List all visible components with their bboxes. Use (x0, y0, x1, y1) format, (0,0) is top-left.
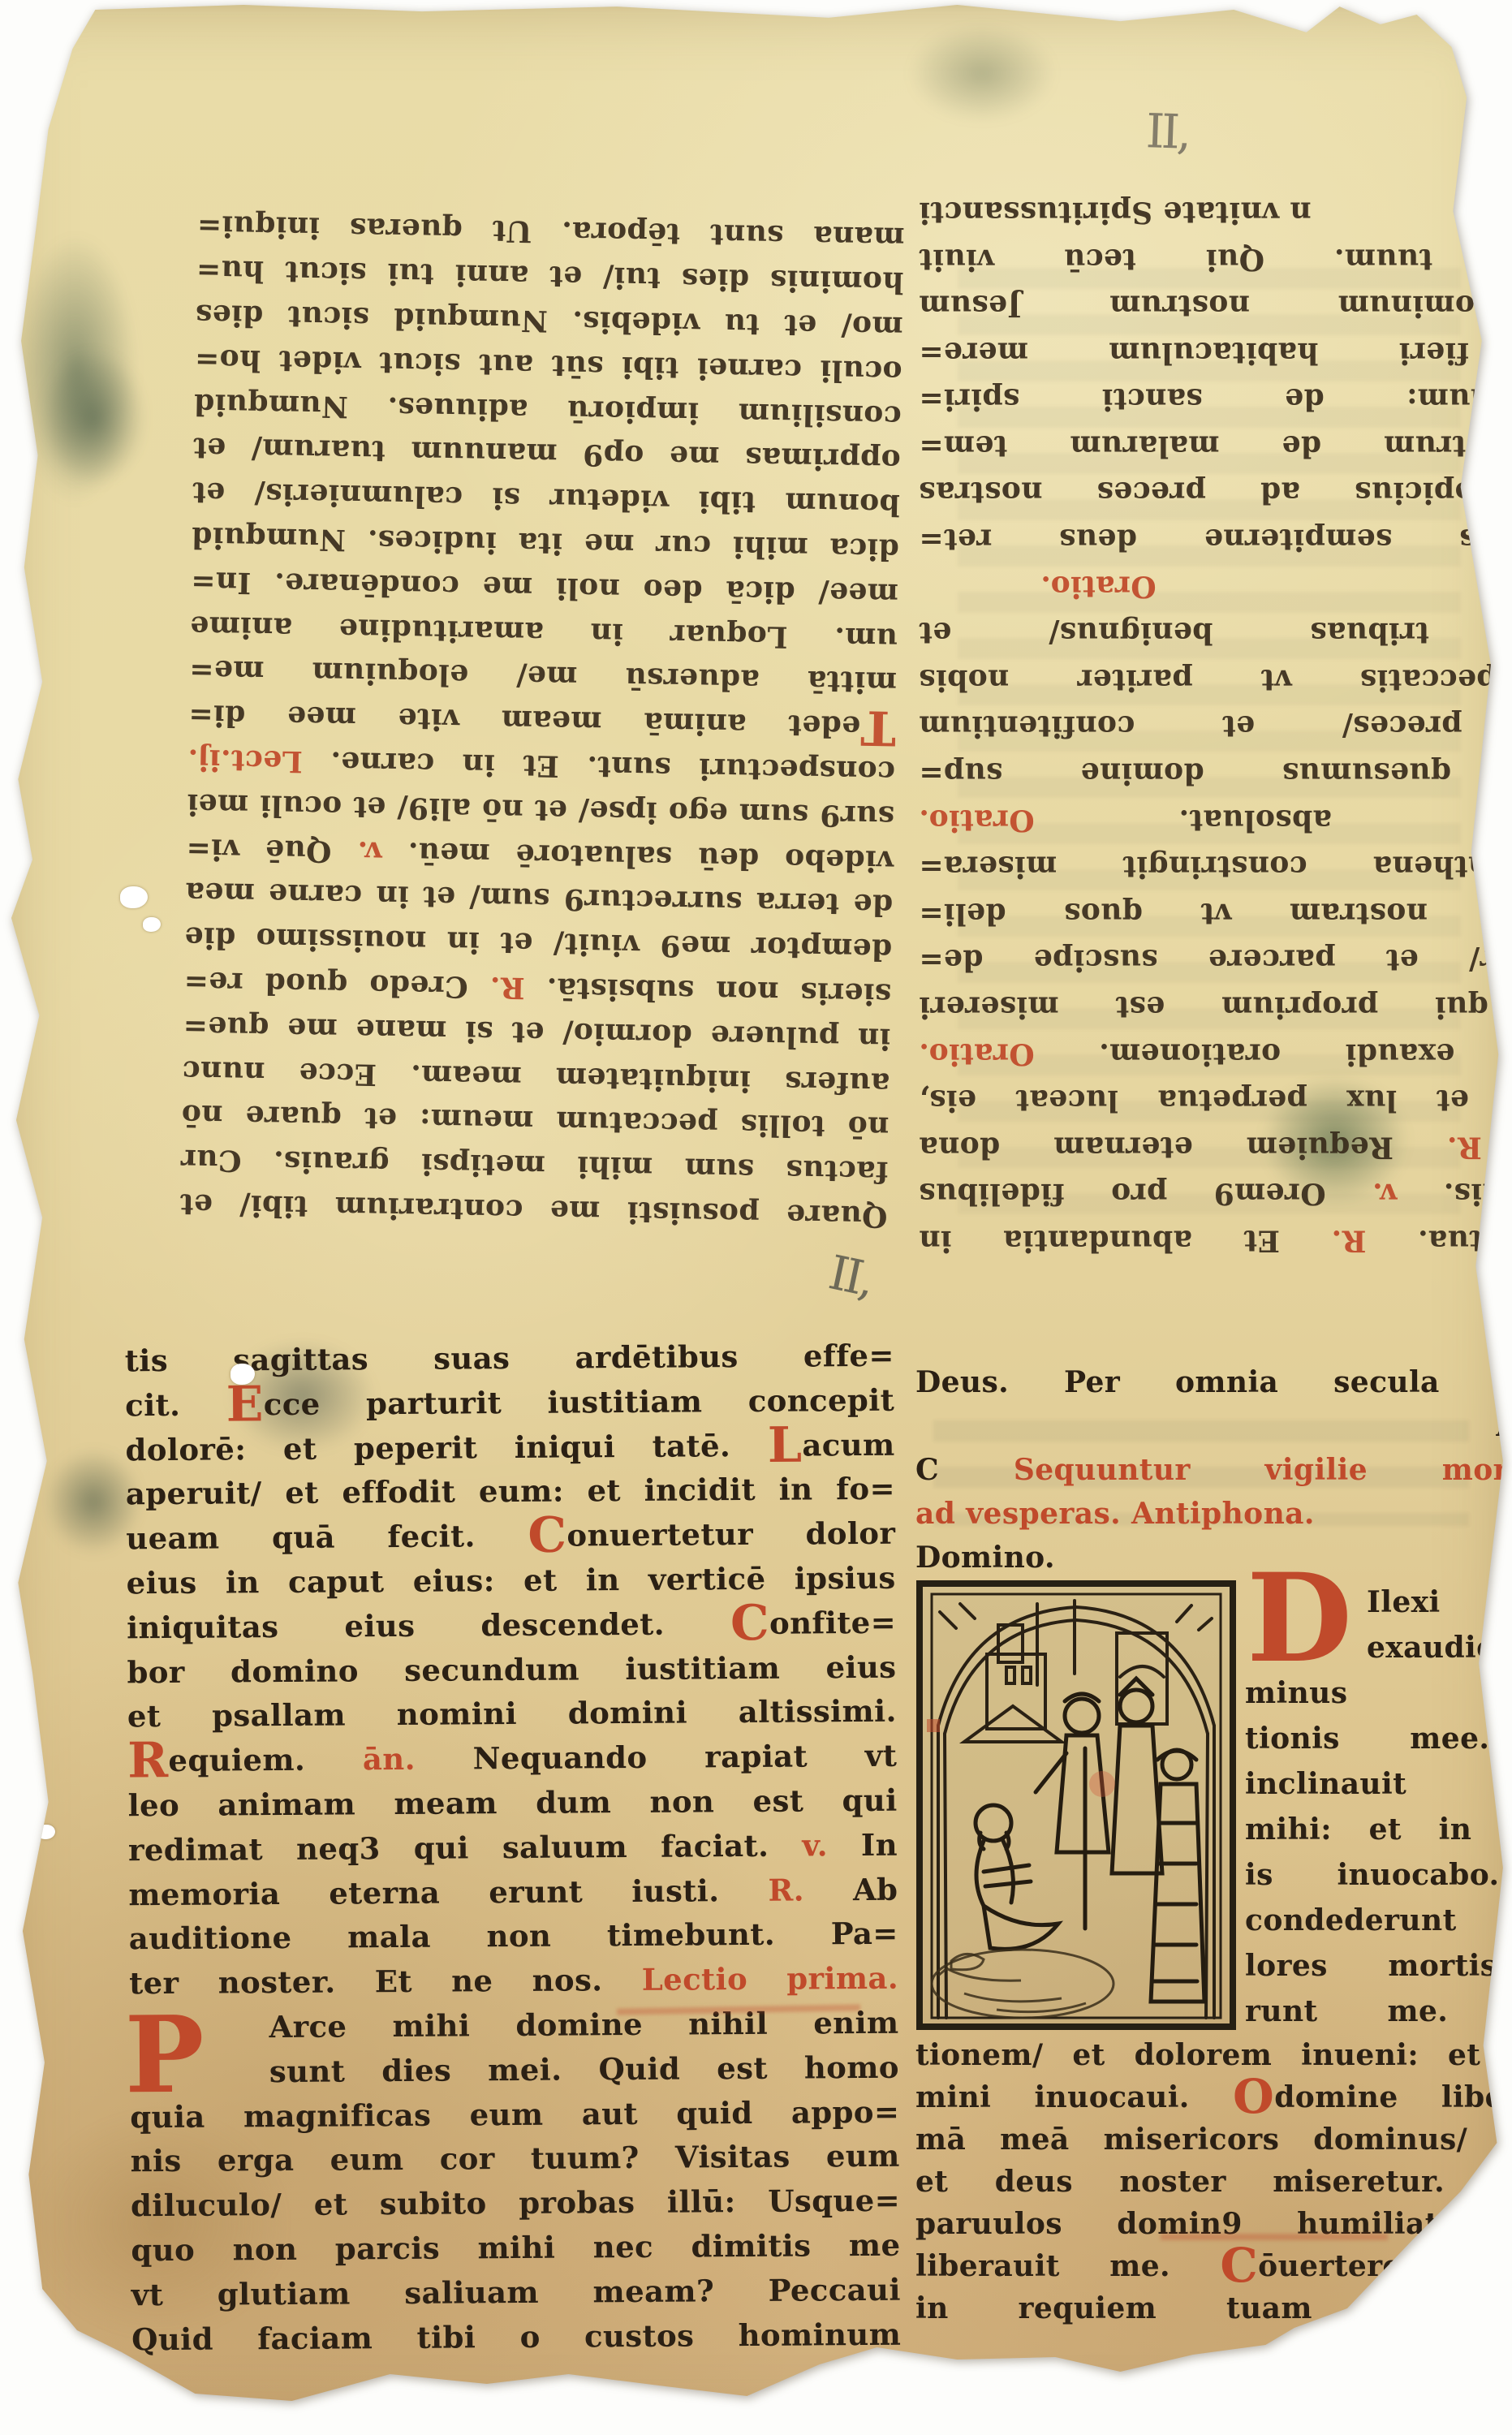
text-segment: bor domino secundum iustitiam eius (127, 1648, 896, 1690)
text-segment: pietatis absoluat. (1035, 803, 1512, 837)
text-segment: tiam tribuas benignus/ et (919, 616, 1512, 650)
pencil-folio-number-middle: II, (825, 1244, 877, 1307)
text-segment: equiem. (168, 1741, 363, 1778)
text-segment: filium tuum. Qui tecū viuit (919, 242, 1512, 276)
text-line: m cathena constringit misera= (919, 843, 1512, 890)
rubric-text-segment: ān. (363, 1741, 416, 1777)
text-line: dolorē: et peperit iniqui tatē. Lacum (125, 1422, 894, 1472)
text-segment: leo animam meam dum non est qui (127, 1782, 897, 1824)
text-line: et deus noster miseretur. Custo (915, 2161, 1512, 2203)
text-segment: um preces/ et confitentium (919, 709, 1512, 743)
text-segment: audi quesumus domine sup= (919, 756, 1512, 791)
recto-right-column: Deus. Per omnia secula seculoAmen.C Sequ… (915, 1360, 1512, 2329)
drop-cap-P: P (124, 2002, 205, 2109)
text-line: mine exaudi orationem. Oratio. (919, 1030, 1512, 1077)
rubric-text-segment: L (768, 1416, 803, 1473)
text-line: in requiem tuam quia Dom (915, 2287, 1512, 2329)
text-line: mā meā misericors dominus/ et iu (915, 2118, 1512, 2161)
text-line: redimat neq3 qui saluum faciat. v. In (128, 1822, 898, 1872)
text-segment: dolorē: et peperit iniqui tatē. (125, 1427, 768, 1467)
text-line: auditione mala non timebunt. Pa= (129, 1911, 898, 1961)
text-segment: mana sunt tēpora. Ut queras iniqui= (196, 209, 905, 255)
text-line: gitationum: de sancti spiri= (919, 375, 1512, 422)
text-segment: videbo deū saluatorē meū. (381, 835, 894, 878)
text-line: ce propicius ad preces nostras (919, 469, 1512, 516)
text-line: ter noster. Et ne nos. Lectio prima. (129, 1956, 898, 2006)
text-segment: ter noster. Et ne nos. (129, 1962, 642, 2001)
text-segment: mā meā misericors dominus/ et iu (915, 2123, 1512, 2157)
recto-right-top-lines: Deus. Per omnia secula seculoAmen.C Sequ… (915, 1360, 1512, 1580)
text-segment: Et abundantia in (919, 1224, 1331, 1258)
woodcut-text-flow: D Ilexi quexaudietminus vocemtionis mee.… (915, 1580, 1512, 2329)
drop-cap-D: D (1247, 1581, 1362, 1667)
text-segment: in puluere dormio/ et si mane me que= (183, 1009, 891, 1055)
text-line: mini inuocaui. Odomine libera a (915, 2076, 1512, 2118)
text-segment: sur9 sum ego ipse/ et nō ali9/ et oculi … (187, 787, 895, 834)
text-line: ueam quā fecit. Conuertetur dolor (126, 1511, 895, 1561)
green-stain (909, 24, 1055, 122)
text-segment: Ab (804, 1871, 898, 1907)
text-segment: dica mihi cur me ita iudices. Numquid (192, 520, 900, 567)
text-segment: acum (802, 1426, 894, 1463)
rubric-text-segment: C (730, 1595, 770, 1652)
text-line: tiam tribuas benignus/ et (919, 609, 1512, 656)
text-line: aperuit/ et effodit eum: et incidit in f… (126, 1467, 895, 1516)
text-segment: consilium impiorū adiuues. Numquid (193, 386, 902, 433)
text-line: tionem nostram vt quos deli= (919, 890, 1512, 937)
text-segment: Ilexi qu (1367, 1585, 1512, 1619)
text-line: et psallam nomini domini altissimi. (127, 1689, 897, 1739)
text-segment: mine exaudi orationem. (1035, 1036, 1512, 1071)
text-segment: mittā aduersū me/ eloquium me= (189, 653, 898, 700)
rubric-text-segment: Oratio. (1040, 569, 1157, 603)
text-segment: mine/ et lux perpetua luceat eis, (919, 1084, 1512, 1118)
text-segment: tionem nostram vt quos deli= (919, 897, 1512, 931)
text-line: filium tuum. Qui tecū viuit (919, 235, 1512, 282)
text-segment: in requiem tuam quia Dom (915, 2291, 1512, 2325)
text-segment: sieris non subsistā. (524, 971, 891, 1011)
text-segment: um fieri habitaculum mere= (919, 335, 1512, 369)
text-segment: cus. (1482, 1130, 1512, 1164)
text-line: eus qui proprium est misereri (919, 983, 1512, 1030)
text-segment: cit. (125, 1386, 226, 1423)
text-segment: mee/ dicā deo noli me condēnare. In= (191, 565, 899, 611)
text-line: C Sequuntur vigilie mortuoru (915, 1448, 1512, 1492)
text-segment: mini inuocaui. (915, 2080, 1233, 2114)
rubric-text-segment: v. (357, 834, 382, 869)
text-segment: sunt dies mei. Quid est homo (269, 2049, 899, 2088)
text-segment: demptor me9 viuit/ et in nouissimo die (184, 920, 893, 967)
text-line: audi quesumus domine sup= (919, 749, 1512, 796)
recto-left-column: P tis sagittas suas ardētibus effe=cit. … (125, 1334, 902, 2362)
worm-hole (37, 1825, 55, 1839)
text-segment: inclinauit auren (1245, 1767, 1512, 1801)
rubric-text-segment: C (1492, 2153, 1512, 2209)
worm-hole (120, 886, 148, 908)
rubric-text-segment: R (127, 1732, 169, 1789)
text-segment: tionis mee. (1245, 1722, 1512, 1756)
text-segment: Credo quod re= (183, 965, 490, 1005)
rubric-text-segment: R. (1447, 1130, 1482, 1164)
text-line: iniquitas eius descendet. Confite= (127, 1600, 896, 1649)
text-line: memoria eterna erunt iusti. R. Ab (128, 1867, 898, 1916)
inverted-verso-left-column: Quare posuisti me contrarium tibi/ etfac… (179, 203, 905, 1238)
text-segment: minus vocem (1245, 1676, 1512, 1710)
text-segment: vt glutiam saliuam meam? Peccaui (131, 2271, 901, 2312)
text-line: Quid faciam tibi o custos hominum (131, 2312, 901, 2361)
text-segment: edet animā meam vite mee di= (188, 698, 861, 743)
text-segment: C (915, 1453, 1014, 1487)
text-line: quo non parcis mihi nec dimitis me (131, 2223, 900, 2273)
text-segment: semper/ et parcere suscipe de= (919, 943, 1512, 977)
text-line: sunt dies mei. Quid est homo (130, 2045, 899, 2094)
text-line: semper/ et parcere suscipe de= (919, 937, 1512, 984)
text-segment: oculi carnei tibi sūt aut sicut videt ho… (194, 343, 902, 389)
text-segment: Quē vi= (186, 831, 358, 868)
psalm-lines-below-woodcut: tionem/ et dolorem inueni: et nomēmini i… (915, 2034, 1512, 2329)
manuscript-leaf: Quare posuisti me contrarium tibi/ etfac… (0, 0, 1512, 2435)
worm-hole (143, 917, 161, 932)
text-line: Amen. (915, 1404, 1512, 1448)
text-segment: n vnitate Spiritussancti (919, 196, 1312, 230)
text-segment: Orem9 pro fidelibus (919, 1177, 1372, 1211)
text-segment: In (828, 1826, 898, 1863)
text-line: r nostrum de malarum tem= (919, 422, 1512, 469)
text-line: ce peccatis vt pariter nobis (919, 656, 1512, 703)
rubric-text-segment: T (860, 700, 897, 756)
pencil-folio-number-top: II, (1145, 103, 1190, 160)
leaf-wrapper: Quare posuisti me contrarium tibi/ etfac… (0, 0, 1512, 2435)
rubric-text-segment: O (1233, 2068, 1274, 2124)
text-line: um fieri habitaculum mere= (919, 329, 1512, 376)
text-line: tute tua. R. Et abundantia in (919, 1217, 1512, 1264)
rubric-text-segment: R. (1331, 1224, 1366, 1258)
rubric-text-segment: Oratio. (919, 1036, 1035, 1071)
text-segment: t Dominum nostrum Jesum (919, 289, 1512, 323)
text-line: bor domino secundum iustitiam eius (127, 1644, 896, 1694)
rubric-text-segment: v. (802, 1827, 828, 1863)
text-line: pietatis absoluat. Oratio. (919, 796, 1512, 843)
text-segment: eus qui proprium est misereri (919, 990, 1512, 1024)
signature-mark: H (1368, 2299, 1408, 2348)
text-segment: mo/ et tu videbis. Numquid sicut dies (195, 298, 903, 344)
text-segment: nis erga eum cor tuum? Visitas eum (131, 2138, 900, 2179)
text-segment: aperuit/ et effodit eum: et incidit in f… (126, 1471, 895, 1512)
text-line: Requiem. ān. Nequando rapiat vt (127, 1734, 897, 1783)
green-stain (41, 349, 146, 487)
text-segment: auditione mala non timebunt. Pa= (129, 1916, 898, 1957)
text-segment: liberauit me. (915, 2249, 1220, 2283)
text-segment: ce peccatis vt pariter nobis (919, 663, 1512, 697)
text-segment: um. Loquar in amaritudine anime (190, 609, 898, 655)
text-segment: is inuocabo. (1245, 1858, 1512, 1892)
woodcut-job-and-visitors-illustration (915, 1580, 1237, 2031)
text-line: us tuis. v. Orem9 pro fidelibus (919, 1170, 1512, 1217)
text-line: Domino.Psal (915, 1536, 1512, 1580)
text-segment: domine libera a (1274, 2080, 1512, 2114)
rubric-text-segment: C (1220, 2237, 1258, 2293)
text-segment: Quid faciam tibi o custos hominum (131, 2316, 901, 2357)
text-segment: memoria eterna erunt iusti. (128, 1872, 768, 1912)
text-segment: quia magnificas eum aut quid appo= (130, 2093, 899, 2135)
text-line: Deus. Per omnia secula seculo (915, 1360, 1512, 1404)
text-segment: r nostrum de malarum tem= (919, 429, 1512, 463)
text-segment: m cathena constringit misera= (919, 850, 1512, 884)
text-segment: Quare posuisti me contrarium tibi/ et (179, 1187, 888, 1234)
text-line: eius in caput eius: et in verticē ipsius (127, 1556, 896, 1605)
text-line: quia magnificas eum aut quid appo= (130, 2089, 899, 2139)
scanned-leaf-page: { "annotations": { "pencil_top": "II,", … (0, 0, 1512, 2435)
text-segment: runt me. (1245, 1994, 1512, 2028)
text-segment: hominis dies tui/ et anni tui sicut hu= (196, 253, 904, 300)
text-segment: onfite= (769, 1604, 896, 1640)
text-segment: ueam quā fecit. (126, 1518, 528, 1556)
text-segment: tionem/ et dolorem inueni: et nomē (915, 2038, 1512, 2072)
text-line: um preces/ et confitentium (919, 703, 1512, 750)
text-segment: Domino. (915, 1536, 1055, 1580)
text-segment: tute tua. (1366, 1224, 1512, 1258)
text-line: nis erga eum cor tuum? Visitas eum (130, 2134, 899, 2183)
text-line: leo animam meam dum non est qui (127, 1778, 897, 1828)
text-line: liberauit me. Cōuertere aīa me (915, 2245, 1512, 2287)
text-line: diluculo/ et subito probas illū: Usque= (131, 2179, 900, 2228)
text-line: ad vesperas. Antiphona.Pla (915, 1492, 1512, 1536)
text-segment: exaudiet (1367, 1631, 1509, 1665)
text-segment: eius in caput eius: et in verticē ipsius (127, 1560, 896, 1601)
text-line: Oratio. (919, 562, 1512, 610)
text-segment: ōuertere aīa me (1258, 2249, 1512, 2283)
text-segment: us tuis. (1397, 1177, 1512, 1211)
text-segment: aufers iniquitatem meam. Ecce nunc (182, 1054, 890, 1100)
rubric-text-segment: v. (1372, 1177, 1398, 1211)
rubric-text-segment: R. (489, 970, 525, 1005)
rubric-text-segment: ad vesperas. Antiphona. (915, 1492, 1315, 1536)
text-line: n vnitate Spiritussancti (919, 188, 1512, 235)
text-segment: Nequando rapiat vt (416, 1738, 898, 1777)
rubric-text-segment: R. (768, 1872, 804, 1907)
inverted-verso-right-column: tute tua. R. Et abundantia inus tuis. v.… (919, 188, 1512, 1264)
text-segment: condederunt me (1245, 1903, 1512, 1937)
text-segment: et psallam nomini domini altissimi. (127, 1693, 897, 1735)
text-segment: mihi: et in dieb9 (1245, 1812, 1512, 1847)
text-segment: opprimas me op9 manuum tuarum/ et (192, 431, 901, 477)
rubric-text-segment: Sequuntur vigilie mortuoru (1014, 1453, 1512, 1487)
text-segment: nō tollis peccatum meum: et quare nō (181, 1098, 890, 1144)
text-segment: Amen. (1496, 1409, 1512, 1443)
text-segment: mpotens sempiterne deus ret= (919, 523, 1512, 557)
text-segment: ce propicius ad preces nostras (919, 476, 1512, 510)
text-segment: diluculo/ et subito probas illū: Usque= (131, 2183, 900, 2224)
text-segment: redimat neq3 qui saluum faciat. (128, 1827, 803, 1868)
text-line: t Dominum nostrum Jesum (919, 282, 1512, 329)
text-line: mine/ et lux perpetua luceat eis, (919, 1076, 1512, 1123)
text-segment: quo non parcis mihi nec dimitis me (131, 2227, 900, 2269)
text-segment: bonum tibi videtur si calumnieris/ et (192, 476, 900, 522)
text-line: cus. R. Requiem eternam dona (919, 1123, 1512, 1170)
text-segment: de terra surrectur9 sum/ et in carne mea (185, 876, 894, 922)
text-line: tionem/ et dolorem inueni: et nomē (915, 2034, 1512, 2076)
red-smear (1161, 2234, 1388, 2240)
rubric-text-segment: C (528, 1507, 567, 1564)
scan-background: Quare posuisti me contrarium tibi/ etfac… (0, 0, 1512, 2435)
text-segment: Requiem eternam dona (919, 1130, 1447, 1164)
text-segment: gitationum: de sancti spiri= (919, 382, 1512, 416)
rubric-text-segment: Oratio. (919, 803, 1035, 837)
text-line: mpotens sempiterne deus ret= (919, 515, 1512, 562)
text-segment: et deus noster miseretur. (915, 2165, 1492, 2199)
text-line: vt glutiam saliuam meam? Peccaui (131, 2267, 901, 2316)
text-segment: conspecturi sunt. Et in carne. (302, 744, 895, 789)
text-segment: iniquitas eius descendet. (127, 1605, 730, 1645)
text-segment: lores mortis: et (1245, 1949, 1512, 1983)
rubric-text-segment: Lect.ij. (187, 743, 303, 778)
text-segment: factus sum mihi metipsi grauis. Cur (180, 1143, 889, 1189)
text-segment: Deus. Per omnia secula seculo (915, 1365, 1512, 1399)
text-segment: onuertetur dolor (566, 1515, 895, 1554)
recto-left-lines: tis sagittas suas ardētibus effe=cit. Ec… (125, 1334, 902, 2362)
rubric-text-segment: Lectio prima. (642, 1960, 899, 1998)
